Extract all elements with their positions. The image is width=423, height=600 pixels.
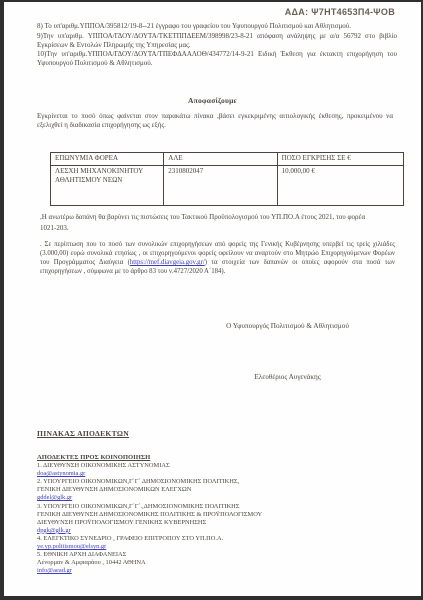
table-header-ale: ΑΛΕ bbox=[164, 153, 277, 166]
email-link-gddel[interactable]: gddel@glk.gr bbox=[37, 494, 72, 501]
recipient-line: 1. ΔΙΕΥΘΥΝΣΗ ΟΙΚΟΝΟΜΙΚΗΣ ΑΣΤΥΝΟΜΙΑΣ bbox=[37, 462, 397, 470]
preamble-list: 8) Το υπ'αριθμ.ΥΠΠΟΑ/395812/19-8--21 έγγ… bbox=[37, 22, 397, 69]
grant-table: ΕΠΩΝΥΜΙΑ ΦΟΡΕΑ ΑΛΕ ΠΟΣΟ ΕΓΚΡΙΣΗΣ ΣΕ € ΛΕ… bbox=[50, 152, 404, 206]
approval-paragraph: Εγκρίνεται το ποσό όπως φαίνεται στον πα… bbox=[37, 112, 393, 130]
table-cell-amount: 10.000,00 € bbox=[277, 166, 403, 206]
recipient-line: 4. ΕΛΕΓΚΤΙΚΟ ΣΥΝΕΔΡΙΟ , ΓΡΑΦΕΙΟ ΕΠΙΤΡΟΠΟ… bbox=[37, 535, 397, 543]
email-link-elsyn[interactable]: ye.yp.politismou@elsyn.gr bbox=[37, 543, 106, 550]
recipients-subheading: ΑΠΟΔΕΚΤΕΣ ΠΡΟΣ ΚΟΙΝΟΠΟΙΗΣΗ bbox=[37, 454, 397, 462]
email-link-doa[interactable]: doa@astynomia.gr bbox=[37, 470, 85, 477]
recipient-line: ΔΙΕΥΘΥΝΣΗ ΠΡΟΫΠΟΛΟΓΙΣΜΟΥ ΓΕΝΙΚΗΣ ΚΥΒΕΡΝΗ… bbox=[37, 519, 397, 527]
table-cell-ale: 2310802047 bbox=[164, 166, 277, 206]
email-link-dpgk[interactable]: dpgk@glk.gr bbox=[37, 527, 71, 534]
budget-paragraph: ,Η ανωτέρω δαπάνη θα βαρύνει τις πιστώσε… bbox=[40, 212, 381, 234]
recipients-list: ΑΠΟΔΕΚΤΕΣ ΠΡΟΣ ΚΟΙΝΟΠΟΙΗΣΗ 1. ΔΙΕΥΘΥΝΣΗ … bbox=[37, 454, 397, 575]
diavgeia-registry-link[interactable]: https://mef.diavgeia.gov.gr/ bbox=[130, 259, 205, 266]
table-cell-beneficiary: ΛΕΣΧΗ ΜΗΧΑΝΟΚΙΝΗΤΟΥ ΑΘΛΗΤΙΣΜΟΥ ΝΕΩΝ bbox=[51, 166, 164, 206]
signatory-name: Ελευθέριος Αυγενάκης bbox=[184, 373, 391, 381]
document-page: ΑΔΑ: Ψ7ΗΤ4653Π4-ΨΟΒ 8) Το υπ'αριθμ.ΥΠΠΟΑ… bbox=[0, 0, 423, 600]
recipient-line: Λένορμαν & Αμφιαράου , 10442 ΑΘΗΝΑ bbox=[37, 559, 397, 567]
ada-code: ΑΔΑ: Ψ7ΗΤ4653Π4-ΨΟΒ bbox=[285, 7, 395, 17]
recipient-line: 5. ΕΘΝΙΚΗ ΑΡΧΗ ΔΙΑΦΑΝΕΙΑΣ bbox=[37, 551, 397, 559]
table-row: ΛΕΣΧΗ ΜΗΧΑΝΟΚΙΝΗΤΟΥ ΑΘΛΗΤΙΣΜΟΥ ΝΕΩΝ 2310… bbox=[51, 166, 404, 206]
preamble-item-10: 10)Την υπ'αριθμ.ΥΠΠΟΑ/ΓΔΟΥ/ΔΟΥΤΑ/ΤΠΕΦΔΑΑ… bbox=[37, 50, 397, 68]
recipients-heading: ΠΙΝΑΚΑΣ ΑΠΟΔΕΚΤΩΝ bbox=[37, 429, 129, 438]
transparency-paragraph: . Σε περίπτωση που το ποσό των συνολικών… bbox=[40, 240, 395, 276]
email-link-aead[interactable]: info@aead.gr bbox=[37, 567, 72, 574]
decision-heading: Αποφασίζουμε bbox=[4, 96, 421, 105]
signatory-title: Ο Υφυπουργός Πολιτισμού & Αθλητισμού bbox=[184, 322, 391, 330]
table-header-amount: ΠΟΣΟ ΕΓΚΡΙΣΗΣ ΣΕ € bbox=[277, 153, 403, 166]
preamble-item-9: 9)Την υπ'αριθμ. ΥΠΠΟΑ/ΓΔΟΥ/ΔΟΥΤΑ/ΤΚΕΤΠΠΔ… bbox=[37, 32, 397, 50]
recipient-line: ΓΕΝΙΚΗ ΔΙΕΥΘΥΝΣΗ ΔΗΜΟΣΙΟΝΟΜΙΚΩΝ ΕΛΕΓΧΩΝ bbox=[37, 486, 397, 494]
table-header-row: ΕΠΩΝΥΜΙΑ ΦΟΡΕΑ ΑΛΕ ΠΟΣΟ ΕΓΚΡΙΣΗΣ ΣΕ € bbox=[51, 153, 404, 166]
recipient-line: 2. ΥΠΟΥΡΓΕΙΟ ΟΙΚΟΝΟΜΙΚΩΝ,Γ΄Γ΄ ΔΗΜΟΣΙΟΝΟΜ… bbox=[37, 478, 397, 486]
preamble-item-8: 8) Το υπ'αριθμ.ΥΠΠΟΑ/395812/19-8--21 έγγ… bbox=[37, 22, 397, 31]
recipient-line: ΓΕΝΙΚΗ ΔΙΕΥΘΥΝΣΗ ΔΗΜΟΣΙΟΝΟΜΙΚΗΣ ΠΟΛΙΤΙΚΗ… bbox=[37, 511, 397, 519]
table-header-beneficiary: ΕΠΩΝΥΜΙΑ ΦΟΡΕΑ bbox=[51, 153, 164, 166]
recipient-line: 3. ΥΠΟΥΡΓΕΙΟ ΟΙΚΟΝΟΜΙΚΩΝ,Γ΄Γ΄.,ΔΗΜΟΣΙΟΝΟ… bbox=[37, 503, 397, 511]
